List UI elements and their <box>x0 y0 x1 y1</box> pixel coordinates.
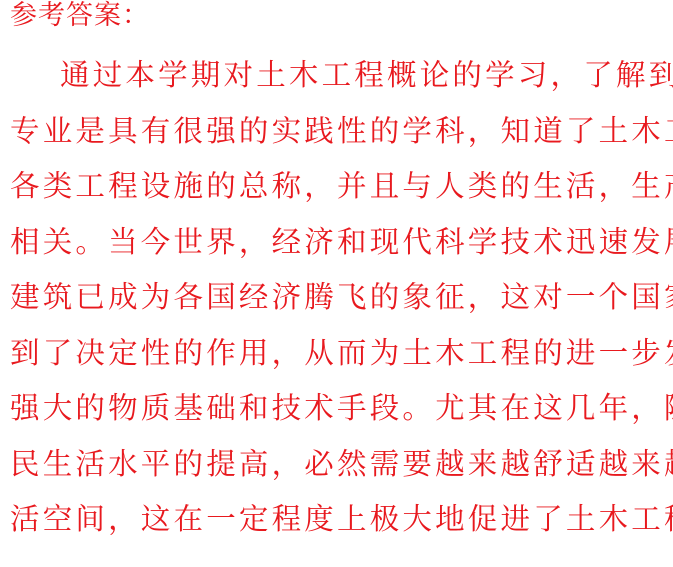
paragraph-line: 建筑已成为各国经济腾飞的象征，这对一个国家的经济起 <box>10 270 670 326</box>
paragraph-line: 通过本学期对土木工程概论的学习，了解到土木工程 <box>10 48 670 104</box>
answer-heading: 参考答案： <box>10 0 150 32</box>
paragraph-line: 到了决定性的作用，从而为土木工程的进一步发展提供了 <box>10 326 670 382</box>
paragraph-line: 专业是具有很强的实践性的学科，知道了土木工程是建造 <box>10 104 670 160</box>
paragraph-line: 民生活水平的提高，必然需要越来越舒适越来越宽敞的生 <box>10 437 670 493</box>
paragraph-line: 活空间，这在一定程度上极大地促进了土木工程的发展， <box>10 492 670 548</box>
paragraph-line: 相关。当今世界，经济和现代科学技术迅速发展，雄伟的 <box>10 215 670 271</box>
paragraph-line: 强大的物质基础和技术手段。尤其在这几年，随着我国国 <box>10 381 670 437</box>
answer-paragraph: 通过本学期对土木工程概论的学习，了解到土木工程 专业是具有很强的实践性的学科，知… <box>10 48 670 548</box>
paragraph-line: 各类工程设施的总称，并且与人类的生活，生产活动息息 <box>10 159 670 215</box>
